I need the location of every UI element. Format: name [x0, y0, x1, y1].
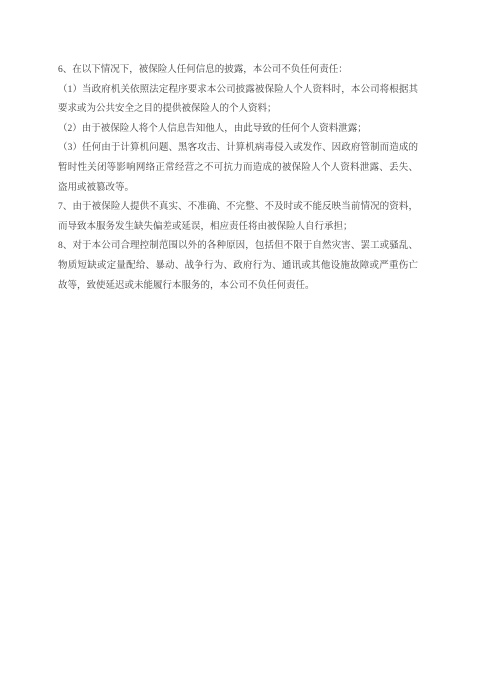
text-line: 故等，致使延迟或未能履行本服务的，本公司不负任何责任。: [58, 277, 418, 297]
text-line: （1）当政府机关依照法定程序要求本公司披露被保险人个人资料时，本公司将根据其: [58, 81, 418, 101]
text-line: 6、在以下情况下，被保险人任何信息的披露，本公司不负任何责任：: [58, 61, 418, 81]
document-page: 6、在以下情况下，被保险人任何信息的披露，本公司不负任何责任： （1）当政府机关…: [0, 0, 495, 700]
text-line: 7、由于被保险人提供不真实、不准确、不完整、不及时或不能反映当前情况的资料，: [58, 198, 418, 218]
text-line: 物质短缺或定量配给、暴动、战争行为、政府行为、通讯或其他设施故障或严重伤亡事: [58, 257, 418, 277]
text-line: 而导致本服务发生缺失偏差或延误，相应责任将由被保险人自行承担；: [58, 218, 418, 238]
text-line: 暂时性关闭等影响网络正常经营之不可抗力而造成的被保险人个人资料泄露、丢失、被: [58, 159, 418, 179]
text-line: 8、对于本公司合理控制范围以外的各种原因，包括但不限于自然灾害、罢工或骚乱、: [58, 237, 418, 257]
text-line: 盗用或被篡改等。: [58, 179, 418, 199]
terms-text-block: 6、在以下情况下，被保险人任何信息的披露，本公司不负任何责任： （1）当政府机关…: [58, 61, 418, 296]
text-line: （3）任何由于计算机问题、黑客攻击、计算机病毒侵入或发作、因政府管制而造成的: [58, 139, 418, 159]
text-line: （2）由于被保险人将个人信息告知他人，由此导致的任何个人资料泄露；: [58, 120, 418, 140]
text-line: 要求或为公共安全之目的提供被保险人的个人资料；: [58, 100, 418, 120]
